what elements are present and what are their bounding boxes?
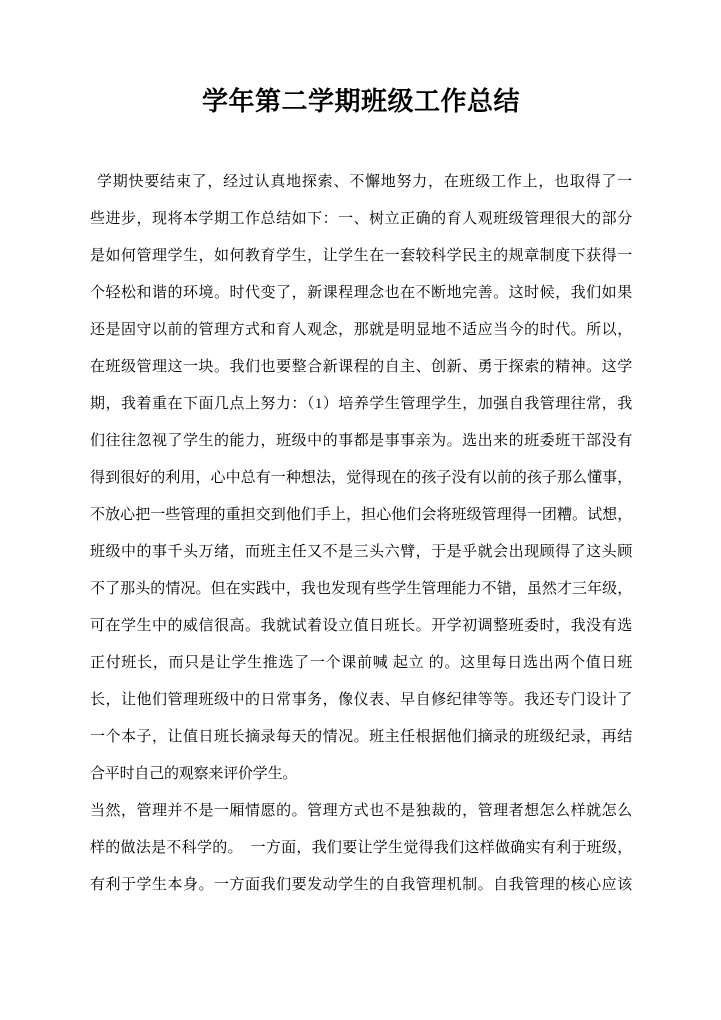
text-line: 当然，管理并不是一厢情愿的。管理方式也不是独裁的，管理者想怎么样就怎么 [90, 793, 632, 830]
text-line: 一个本子，让值日班长摘录每天的情况。班主任根据他们摘录的班级纪录，再结 [90, 719, 632, 756]
text-line: 不了那头的情况。但在实践中，我也发现有些学生管理能力不错，虽然才三年级， [90, 571, 632, 608]
text-line: 不放心把一些管理的重担交到他们手上，担心他们会将班级管理得一团糟。试想， [90, 497, 632, 534]
text-line: 还是固守以前的管理方式和育人观念，那就是明显地不适应当今的时代。所以， [90, 312, 632, 349]
text-line: 正付班长，而只是让学生推选了一个课前喊 起立 的。这里每日选出两个值日班 [90, 645, 632, 682]
text-line: 可在学生中的威信很高。我就试着设立值日班长。开学初调整班委时，我没有选 [90, 608, 632, 645]
text-line: 得到很好的利用，心中总有一种想法，觉得现在的孩子没有以前的孩子那么懂事， [90, 460, 632, 497]
document-page: 学年第二学期班级工作总结 学期快要结束了，经过认真地探索、不懈地努力，在班级工作… [0, 0, 721, 1020]
text-line: 长，让他们管理班级中的日常事务，像仪表、早自修纪律等等。我还专门设计了 [90, 682, 632, 719]
document-body: 学期快要结束了，经过认真地探索、不懈地努力，在班级工作上，也取得了一 些进步，现… [90, 164, 632, 904]
text-line: 样的做法是不科学的。 一方面，我们要让学生觉得我们这样做确实有利于班级， [90, 830, 632, 867]
document-title: 学年第二学期班级工作总结 [90, 86, 632, 118]
text-line: 是如何管理学生，如何教育学生，让学生在一套较科学民主的规章制度下获得一 [90, 238, 632, 275]
paragraph: 当然，管理并不是一厢情愿的。管理方式也不是独裁的，管理者想怎么样就怎么 样的做法… [90, 793, 632, 904]
text-line: 学期快要结束了，经过认真地探索、不懈地努力，在班级工作上，也取得了一 [90, 164, 632, 201]
text-line: 合平时自己的观察来评价学生。 [90, 756, 632, 793]
text-line: 些进步，现将本学期工作总结如下：一、树立正确的育人观班级管理很大的部分 [90, 201, 632, 238]
text-line: 在班级管理这一块。我们也要整合新课程的自主、创新、勇于探索的精神。这学 [90, 349, 632, 386]
text-line: 班级中的事千头万绪，而班主任又不是三头六臂，于是乎就会出现顾得了这头顾 [90, 534, 632, 571]
text-line: 期，我着重在下面几点上努力：（1）培养学生管理学生，加强自我管理往常，我 [90, 386, 632, 423]
text-line: 个轻松和谐的环境。时代变了，新课程理念也在不断地完善。这时候，我们如果 [90, 275, 632, 312]
text-line: 们往往忽视了学生的能力，班级中的事都是事事亲为。选出来的班委班干部没有 [90, 423, 632, 460]
paragraph: 学期快要结束了，经过认真地探索、不懈地努力，在班级工作上，也取得了一 些进步，现… [90, 164, 632, 793]
text-line: 有利于学生本身。一方面我们要发动学生的自我管理机制。自我管理的核心应该 [90, 867, 632, 904]
